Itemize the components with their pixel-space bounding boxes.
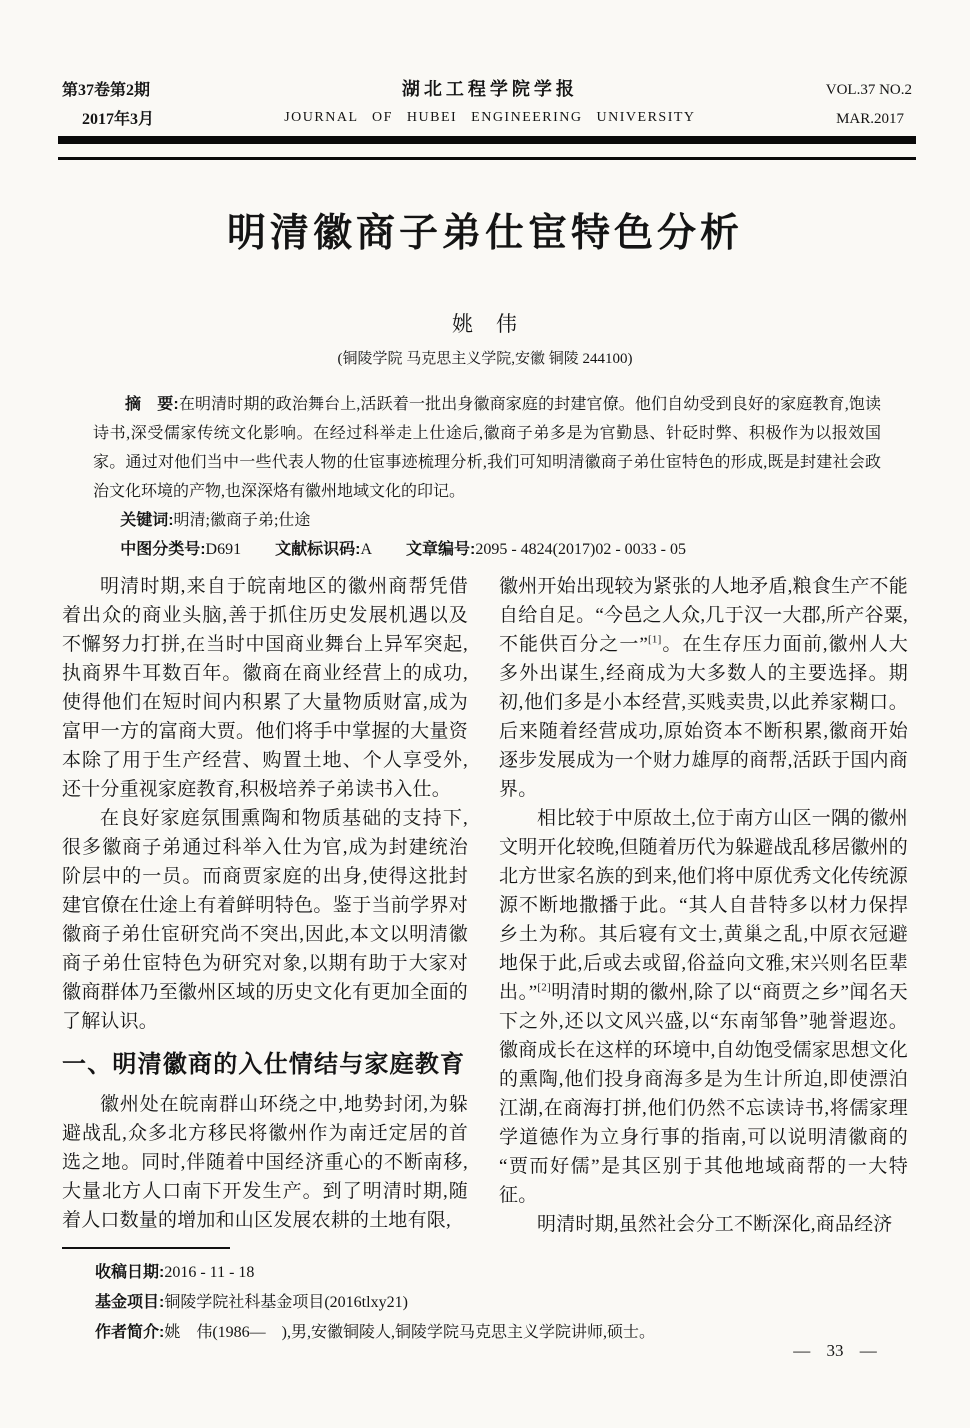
body-paragraph: 徽州开始出现较为紧张的人地矛盾,粮食生产不能自给自足。“今邑之人众,几于汉一大郡…	[499, 572, 908, 804]
right-column: 徽州开始出现较为紧张的人地矛盾,粮食生产不能自给自足。“今邑之人众,几于汉一大郡…	[499, 572, 908, 1239]
footnote-rule	[62, 1247, 230, 1249]
running-head: 第37卷第2期 2017年3月 湖北工程学院学报 JOURNAL OF HUBE…	[62, 76, 912, 134]
footnote-text: 姚 伟(1986— ),男,安徽铜陵人,铜陵学院马克思主义学院讲师,硕士。	[164, 1324, 655, 1341]
footnotes: 收稿日期:2016 - 11 - 18基金项目:铜陵学院社科基金项目(2016t…	[95, 1258, 885, 1348]
author-name: 姚 伟	[0, 308, 970, 338]
date-en: MAR.2017	[826, 105, 912, 134]
date-cn: 2017年3月	[62, 105, 154, 134]
author-affiliation: (铜陵学院 马克思主义学院,安徽 铜陵 244100)	[0, 347, 970, 368]
issue-info-cn: 第37卷第2期	[62, 76, 154, 105]
footnote-text: 铜陵学院社科基金项目(2016tlxy21)	[164, 1294, 408, 1311]
article-no-label: 文章编号:	[406, 541, 475, 558]
doc-code-label: 文献标识码:	[275, 541, 360, 558]
footnote-line: 基金项目:铜陵学院社科基金项目(2016tlxy21)	[95, 1288, 885, 1318]
body-paragraph: 明清时期,来自于皖南地区的徽州商帮凭借着出众的商业头脑,善于抓住历史发展机遇以及…	[62, 572, 468, 804]
journal-name-en: JOURNAL OF HUBEI ENGINEERING UNIVERSITY	[154, 102, 826, 133]
clc-value: D691	[206, 541, 242, 558]
article-meta: 摘 要:在明清时期的政治舞台上,活跃着一批出身徽商家庭的封建官僚。他们自幼受到良…	[93, 390, 881, 564]
running-head-right: VOL.37 NO.2 MAR.2017	[826, 76, 912, 134]
abstract: 摘 要:在明清时期的政治舞台上,活跃着一批出身徽商家庭的封建官僚。他们自幼受到良…	[93, 390, 881, 506]
body-paragraph: 徽州处在皖南群山环绕之中,地势封闭,为躲避战乱,众多北方移民将徽州作为南迁定居的…	[62, 1090, 468, 1235]
clc-item: 中图分类号:D691	[120, 541, 241, 558]
article-no-item: 文章编号:2095 - 4824(2017)02 - 0033 - 05	[406, 541, 686, 558]
body-paragraph: 在良好家庭氛围熏陶和物质基础的支持下,很多徽商子弟通过科举入仕为官,成为封建统治…	[62, 804, 468, 1036]
footnote-label: 作者简介:	[95, 1324, 164, 1341]
page-number: — 33 —	[745, 1341, 925, 1361]
footnote-line: 收稿日期:2016 - 11 - 18	[95, 1258, 885, 1288]
abstract-label: 摘 要:	[125, 396, 179, 413]
header-double-rule	[58, 136, 916, 160]
journal-page: 第37卷第2期 2017年3月 湖北工程学院学报 JOURNAL OF HUBE…	[0, 0, 970, 1428]
keywords-line: 关键词:明清;徽商子弟;仕途	[93, 506, 881, 535]
article-no-value: 2095 - 4824(2017)02 - 0033 - 05	[475, 541, 686, 558]
clc-label: 中图分类号:	[120, 541, 205, 558]
footnote-text: 2016 - 11 - 18	[164, 1264, 254, 1281]
classification-line: 中图分类号:D691 文献标识码:A 文章编号:2095 - 4824(2017…	[93, 535, 881, 564]
reference-marker: [1]	[648, 634, 661, 646]
article-title: 明清徽商子弟仕宦特色分析	[0, 202, 970, 258]
body-paragraph: 相比较于中原故土,位于南方山区一隅的徽州文明开化较晚,但随着历代为躲避战乱移居徽…	[499, 804, 908, 1210]
running-head-left: 第37卷第2期 2017年3月	[62, 76, 154, 134]
body-paragraph: 明清时期,虽然社会分工不断深化,商品经济	[499, 1210, 908, 1239]
journal-name-cn: 湖北工程学院学报	[154, 76, 826, 102]
reference-marker: [2]	[537, 982, 550, 994]
keywords-label: 关键词:	[120, 512, 173, 529]
abstract-text: 在明清时期的政治舞台上,活跃着一批出身徽商家庭的封建官僚。他们自幼受到良好的家庭…	[93, 396, 881, 500]
volume-info-en: VOL.37 NO.2	[826, 76, 912, 105]
footnote-label: 基金项目:	[95, 1294, 164, 1311]
running-head-center: 湖北工程学院学报 JOURNAL OF HUBEI ENGINEERING UN…	[154, 76, 826, 134]
left-column: 明清时期,来自于皖南地区的徽州商帮凭借着出众的商业头脑,善于抓住历史发展机遇以及…	[62, 572, 468, 1235]
section-heading: 一、明清徽商的入仕情结与家庭教育	[62, 1050, 468, 1080]
footnote-label: 收稿日期:	[95, 1264, 164, 1281]
doc-code-item: 文献标识码:A	[275, 541, 372, 558]
keywords-text: 明清;徽商子弟;仕途	[174, 512, 311, 529]
doc-code-value: A	[360, 541, 372, 558]
